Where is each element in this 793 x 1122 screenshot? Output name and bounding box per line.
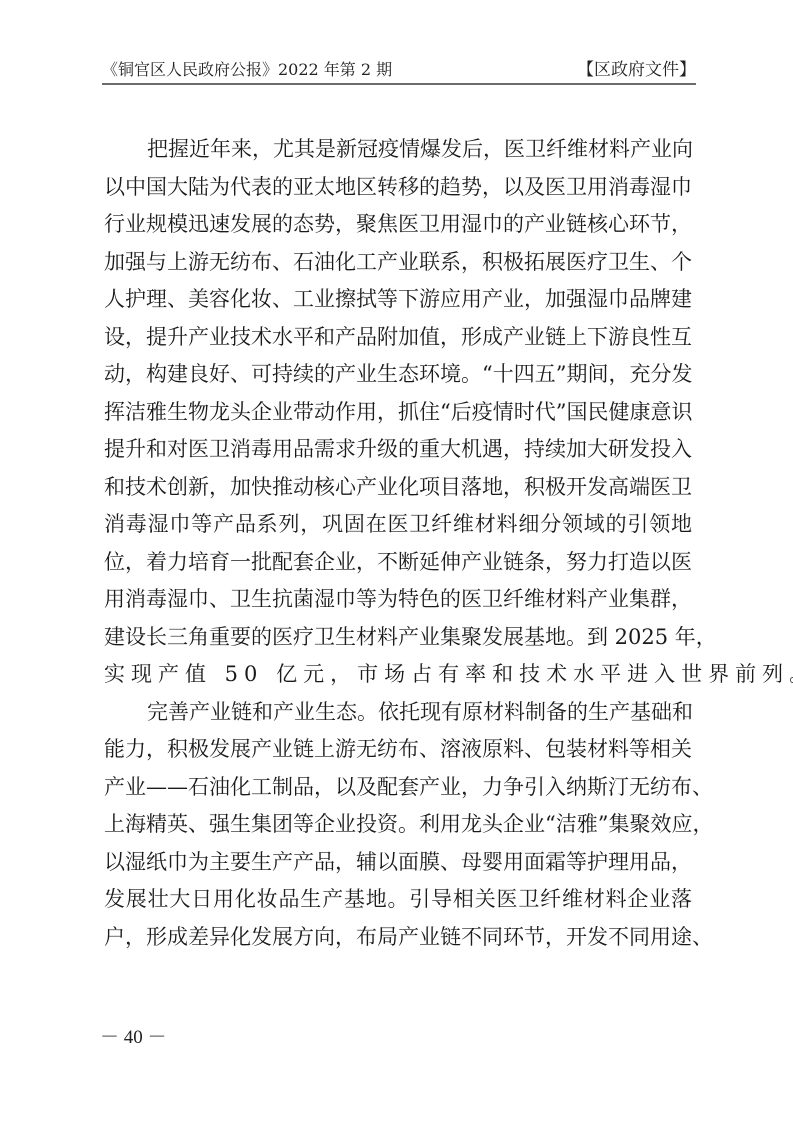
paragraph-1: 把握近年来，尤其是新冠疫情爆发后，医卫纤维材料产业向 以中国大陆为代表的亚太地区… bbox=[104, 131, 692, 694]
text-line: 位，着力培育一批配套企业，不断延伸产业链条，努力打造以医 bbox=[104, 544, 692, 582]
text-line: 实现产值 50 亿元，市场占有率和技术水平进入世界前列。 bbox=[104, 656, 692, 694]
text-line: 消毒湿巾等产品系列，巩固在医卫纤维材料细分领域的引领地 bbox=[104, 506, 692, 544]
text-line: 发展壮大日用化妆品生产基地。引导相关医卫纤维材料企业落 bbox=[104, 881, 692, 919]
text-line: 完善产业链和产业生态。依托现有原材料制备的生产基础和 bbox=[104, 694, 692, 732]
text-line: 户，形成差异化发展方向，布局产业链不同环节，开发不同用途、 bbox=[104, 919, 692, 957]
text-line: 挥洁雅生物龙头企业带动作用，抓住“后疫情时代”国民健康意识 bbox=[104, 394, 692, 432]
header-rule bbox=[102, 83, 696, 85]
text-line: 能力，积极发展产业链上游无纺布、溶液原料、包装材料等相关 bbox=[104, 731, 692, 769]
text-line: 人护理、美容化妆、工业擦拭等下游应用产业，加强湿巾品牌建 bbox=[104, 281, 692, 319]
text-line: 把握近年来，尤其是新冠疫情爆发后，医卫纤维材料产业向 bbox=[104, 131, 692, 169]
text-line: 以中国大陆为代表的亚太地区转移的趋势，以及医卫用消毒湿巾 bbox=[104, 169, 692, 207]
document-body: 把握近年来，尤其是新冠疫情爆发后，医卫纤维材料产业向 以中国大陆为代表的亚太地区… bbox=[104, 131, 692, 956]
text-line: 行业规模迅速发展的态势，聚焦医卫用湿巾的产业链核心环节， bbox=[104, 206, 692, 244]
text-line: 和技术创新，加快推动核心产业化项目落地，积极开发高端医卫 bbox=[104, 469, 692, 507]
section-label: 【区政府文件】 bbox=[577, 58, 696, 82]
text-line: 建设长三角重要的医疗卫生材料产业集聚发展基地。到 2025 年， bbox=[104, 619, 692, 657]
text-line: 产业——石油化工制品，以及配套产业，力争引入纳斯汀无纺布、 bbox=[104, 769, 692, 807]
text-line: 动，构建良好、可持续的产业生态环境。“十四五”期间，充分发 bbox=[104, 356, 692, 394]
text-line: 加强与上游无纺布、石油化工产业联系，积极拓展医疗卫生、个 bbox=[104, 244, 692, 282]
page-header: 《铜官区人民政府公报》2022 年第 2 期 【区政府文件】 bbox=[102, 58, 696, 82]
text-line: 用消毒湿巾、卫生抗菌湿巾等为特色的医卫纤维材料产业集群， bbox=[104, 581, 692, 619]
text-line: 上海精英、强生集团等企业投资。利用龙头企业“洁雅”集聚效应， bbox=[104, 806, 692, 844]
paragraph-2: 完善产业链和产业生态。依托现有原材料制备的生产基础和 能力，积极发展产业链上游无… bbox=[104, 694, 692, 957]
text-line: 提升和对医卫消毒用品需求升级的重大机遇，持续加大研发投入 bbox=[104, 431, 692, 469]
publication-title: 《铜官区人民政府公报》2022 年第 2 期 bbox=[102, 58, 392, 82]
page-number: － 40 － bbox=[100, 1022, 167, 1049]
text-line: 设，提升产业技术水平和产品附加值，形成产业链上下游良性互 bbox=[104, 319, 692, 357]
text-line: 以湿纸巾为主要生产产品，辅以面膜、母婴用面霜等护理用品， bbox=[104, 844, 692, 882]
